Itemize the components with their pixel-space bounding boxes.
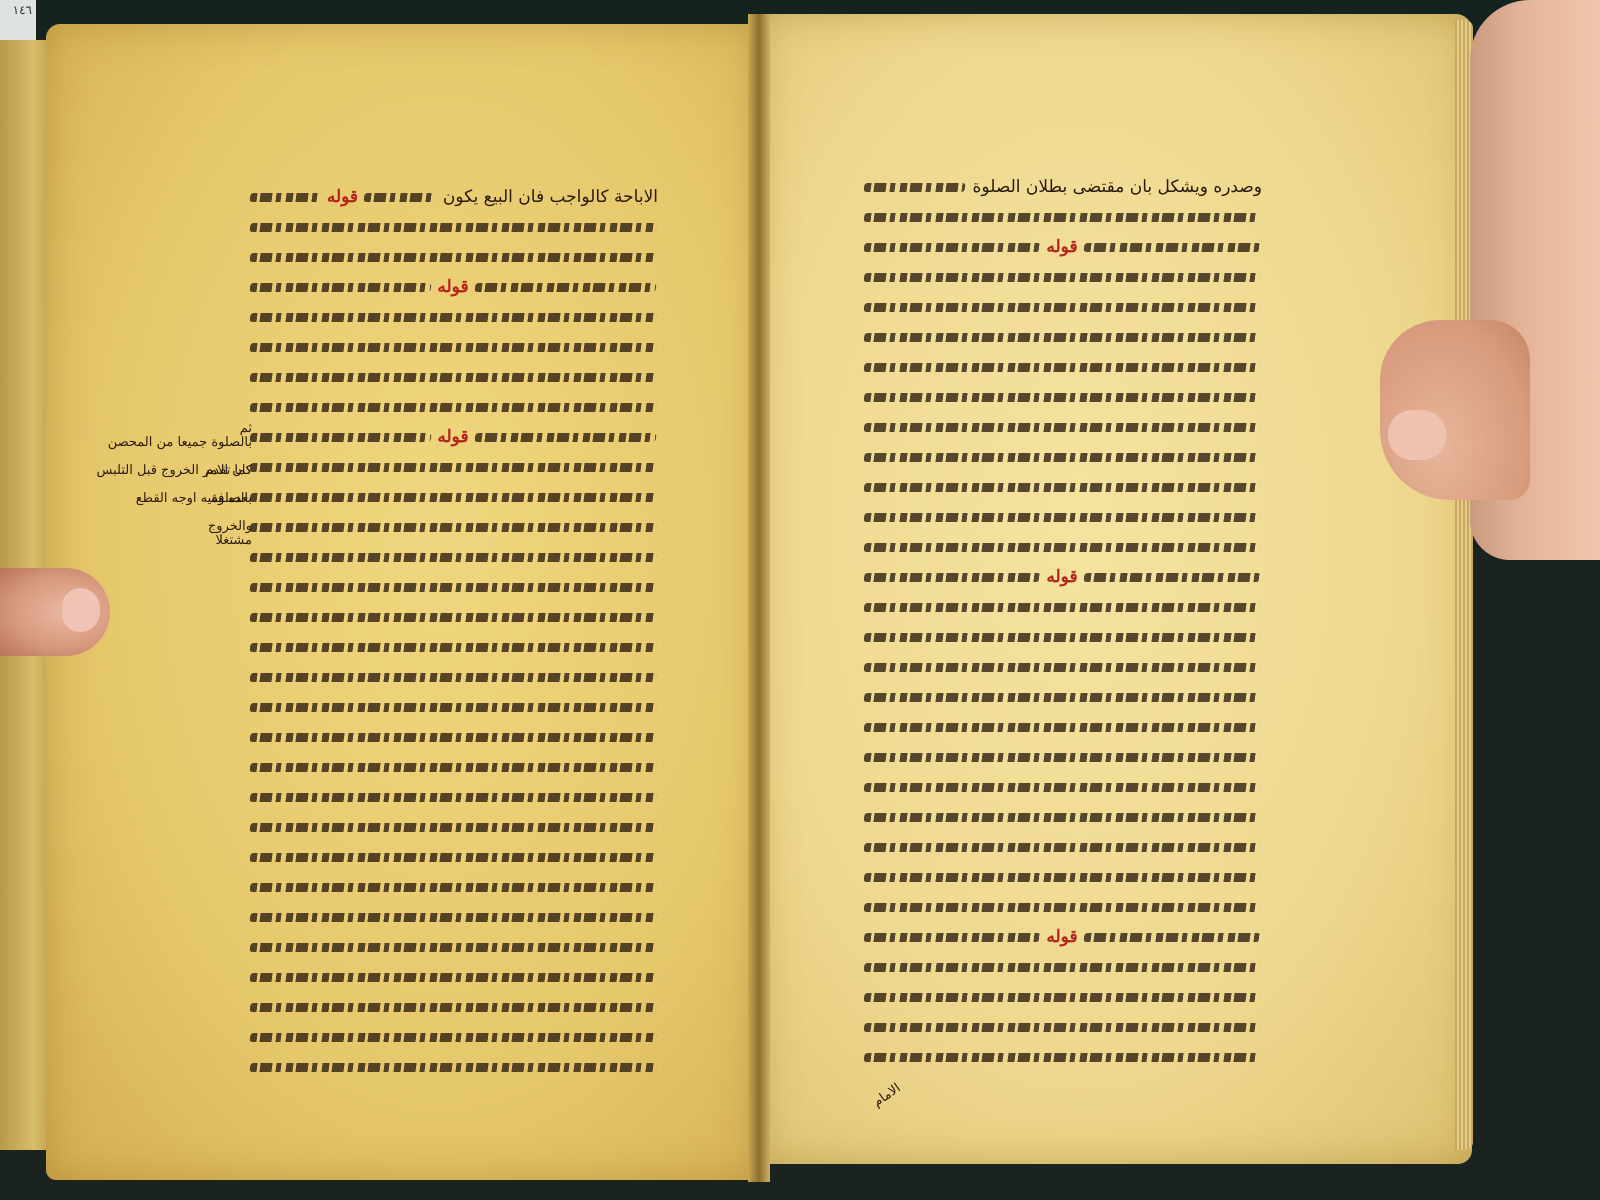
text-line: قوله — [248, 272, 658, 302]
script-stroke — [249, 823, 656, 832]
text-line — [248, 872, 658, 902]
script-stroke — [249, 433, 432, 442]
script-stroke — [863, 783, 1260, 792]
text-line — [862, 1042, 1262, 1072]
right-thumb — [1380, 320, 1530, 500]
text-line — [248, 482, 658, 512]
text-line — [862, 352, 1262, 382]
script-stroke — [863, 903, 1260, 912]
text-line — [248, 362, 658, 392]
text-line — [862, 802, 1262, 832]
text-line — [862, 382, 1262, 412]
first-line-text: وصدره ويشكل بان مقتضى بطلان الصلوة — [967, 177, 1262, 197]
text-line — [862, 1012, 1262, 1042]
text-line — [862, 442, 1262, 472]
script-stroke — [863, 333, 1260, 342]
rubric-word: قوله — [1042, 567, 1081, 587]
text-line — [862, 772, 1262, 802]
script-stroke — [863, 483, 1260, 492]
text-line — [862, 622, 1262, 652]
script-stroke — [474, 283, 657, 292]
text-line — [862, 322, 1262, 352]
script-stroke — [863, 453, 1260, 462]
script-stroke — [249, 853, 656, 862]
rubric-word: قوله — [433, 277, 472, 297]
script-stroke — [863, 813, 1260, 822]
text-line — [248, 662, 658, 692]
thumbnail-right — [1388, 410, 1446, 460]
script-stroke — [863, 963, 1260, 972]
script-stroke — [249, 523, 656, 532]
script-stroke — [863, 723, 1260, 732]
script-stroke — [249, 1063, 656, 1072]
text-line — [862, 262, 1262, 292]
script-stroke — [249, 493, 656, 502]
text-line — [248, 782, 658, 812]
script-stroke — [249, 313, 656, 322]
text-line — [862, 652, 1262, 682]
text-line — [248, 392, 658, 422]
script-stroke — [863, 1053, 1260, 1062]
script-stroke — [863, 933, 1041, 942]
text-line — [248, 932, 658, 962]
script-stroke — [249, 613, 656, 622]
left-page-text: الاباحة كالواجب فان البيع يكونقولهقولهقو… — [248, 182, 658, 1082]
script-stroke — [1083, 933, 1261, 942]
script-stroke — [249, 553, 656, 562]
script-stroke — [249, 463, 656, 472]
script-stroke — [863, 273, 1260, 282]
script-stroke — [863, 183, 965, 192]
text-line: قوله — [862, 232, 1262, 262]
text-line — [248, 572, 658, 602]
text-line — [862, 952, 1262, 982]
text-line — [862, 412, 1262, 442]
rubric-word: قوله — [1042, 927, 1081, 947]
script-stroke — [863, 213, 1260, 222]
text-line — [248, 722, 658, 752]
script-stroke — [363, 193, 435, 202]
script-stroke — [1083, 573, 1261, 582]
script-stroke — [863, 363, 1260, 372]
text-line — [862, 682, 1262, 712]
thumbnail-left — [62, 588, 100, 632]
text-line — [862, 592, 1262, 622]
text-line — [248, 542, 658, 572]
text-line: قوله — [862, 922, 1262, 952]
text-line — [862, 982, 1262, 1012]
script-stroke — [863, 873, 1260, 882]
text-line — [862, 472, 1262, 502]
text-line — [248, 452, 658, 482]
text-line — [248, 302, 658, 332]
script-stroke — [863, 243, 1041, 252]
text-line — [862, 292, 1262, 322]
script-stroke — [863, 993, 1260, 1002]
script-stroke — [249, 1033, 656, 1042]
script-stroke — [249, 283, 432, 292]
script-stroke — [863, 543, 1260, 552]
script-stroke — [249, 403, 656, 412]
first-line-text: الاباحة كالواجب فان البيع يكون — [437, 187, 658, 207]
left-thumb — [0, 568, 110, 656]
text-line: الاباحة كالواجب فان البيع يكونقوله — [248, 182, 658, 212]
script-stroke — [249, 253, 656, 262]
script-stroke — [249, 943, 656, 952]
text-line — [862, 862, 1262, 892]
script-stroke — [249, 973, 656, 982]
script-stroke — [863, 303, 1260, 312]
script-stroke — [1083, 243, 1261, 252]
book-gutter — [748, 14, 770, 1182]
script-stroke — [863, 753, 1260, 762]
script-stroke — [249, 1003, 656, 1012]
text-line — [862, 502, 1262, 532]
right-page-text: وصدره ويشكل بان مقتضى بطلان الصلوةقولهقو… — [862, 172, 1262, 1072]
script-stroke — [863, 1023, 1260, 1032]
script-stroke — [249, 373, 656, 382]
rubric-word: قوله — [1042, 237, 1081, 257]
script-stroke — [249, 793, 656, 802]
script-stroke — [863, 393, 1260, 402]
text-line — [248, 1022, 658, 1052]
text-line — [862, 712, 1262, 742]
text-line — [862, 532, 1262, 562]
rubric-word: قوله — [323, 187, 362, 207]
script-stroke — [863, 423, 1260, 432]
text-line — [248, 332, 658, 362]
text-line — [248, 992, 658, 1022]
script-stroke — [249, 223, 656, 232]
script-stroke — [863, 603, 1260, 612]
folio-tag: ١٤٦ — [0, 0, 36, 42]
text-line — [248, 632, 658, 662]
script-stroke — [863, 663, 1260, 672]
script-stroke — [863, 693, 1260, 702]
rubric-word: قوله — [433, 427, 472, 447]
script-stroke — [249, 673, 656, 682]
text-line — [248, 752, 658, 782]
script-stroke — [863, 573, 1041, 582]
script-stroke — [249, 733, 656, 742]
script-stroke — [249, 343, 656, 352]
text-line — [862, 892, 1262, 922]
text-line — [248, 1052, 658, 1082]
text-line — [862, 832, 1262, 862]
text-line: قوله — [248, 422, 658, 452]
text-line — [248, 212, 658, 242]
script-stroke — [249, 703, 656, 712]
script-stroke — [863, 633, 1260, 642]
script-stroke — [863, 513, 1260, 522]
script-stroke — [249, 883, 656, 892]
text-line: وصدره ويشكل بان مقتضى بطلان الصلوة — [862, 172, 1262, 202]
margin-note-line: بعده ففيه اوجه القطع والخروج — [92, 499, 252, 527]
script-stroke — [249, 913, 656, 922]
script-stroke — [863, 843, 1260, 852]
text-line — [248, 692, 658, 722]
script-stroke — [474, 433, 657, 442]
text-line: قوله — [862, 562, 1262, 592]
text-line — [248, 902, 658, 932]
text-line — [248, 842, 658, 872]
marginal-note: ثمبالصلوة جميعا من المحصن كما تقدمكان ال… — [92, 415, 252, 555]
text-line — [248, 602, 658, 632]
script-stroke — [249, 583, 656, 592]
text-line — [248, 812, 658, 842]
text-line — [248, 512, 658, 542]
text-line — [248, 962, 658, 992]
text-line — [862, 202, 1262, 232]
script-stroke — [249, 763, 656, 772]
script-stroke — [249, 643, 656, 652]
text-line — [862, 742, 1262, 772]
script-stroke — [249, 193, 321, 202]
text-line — [248, 242, 658, 272]
